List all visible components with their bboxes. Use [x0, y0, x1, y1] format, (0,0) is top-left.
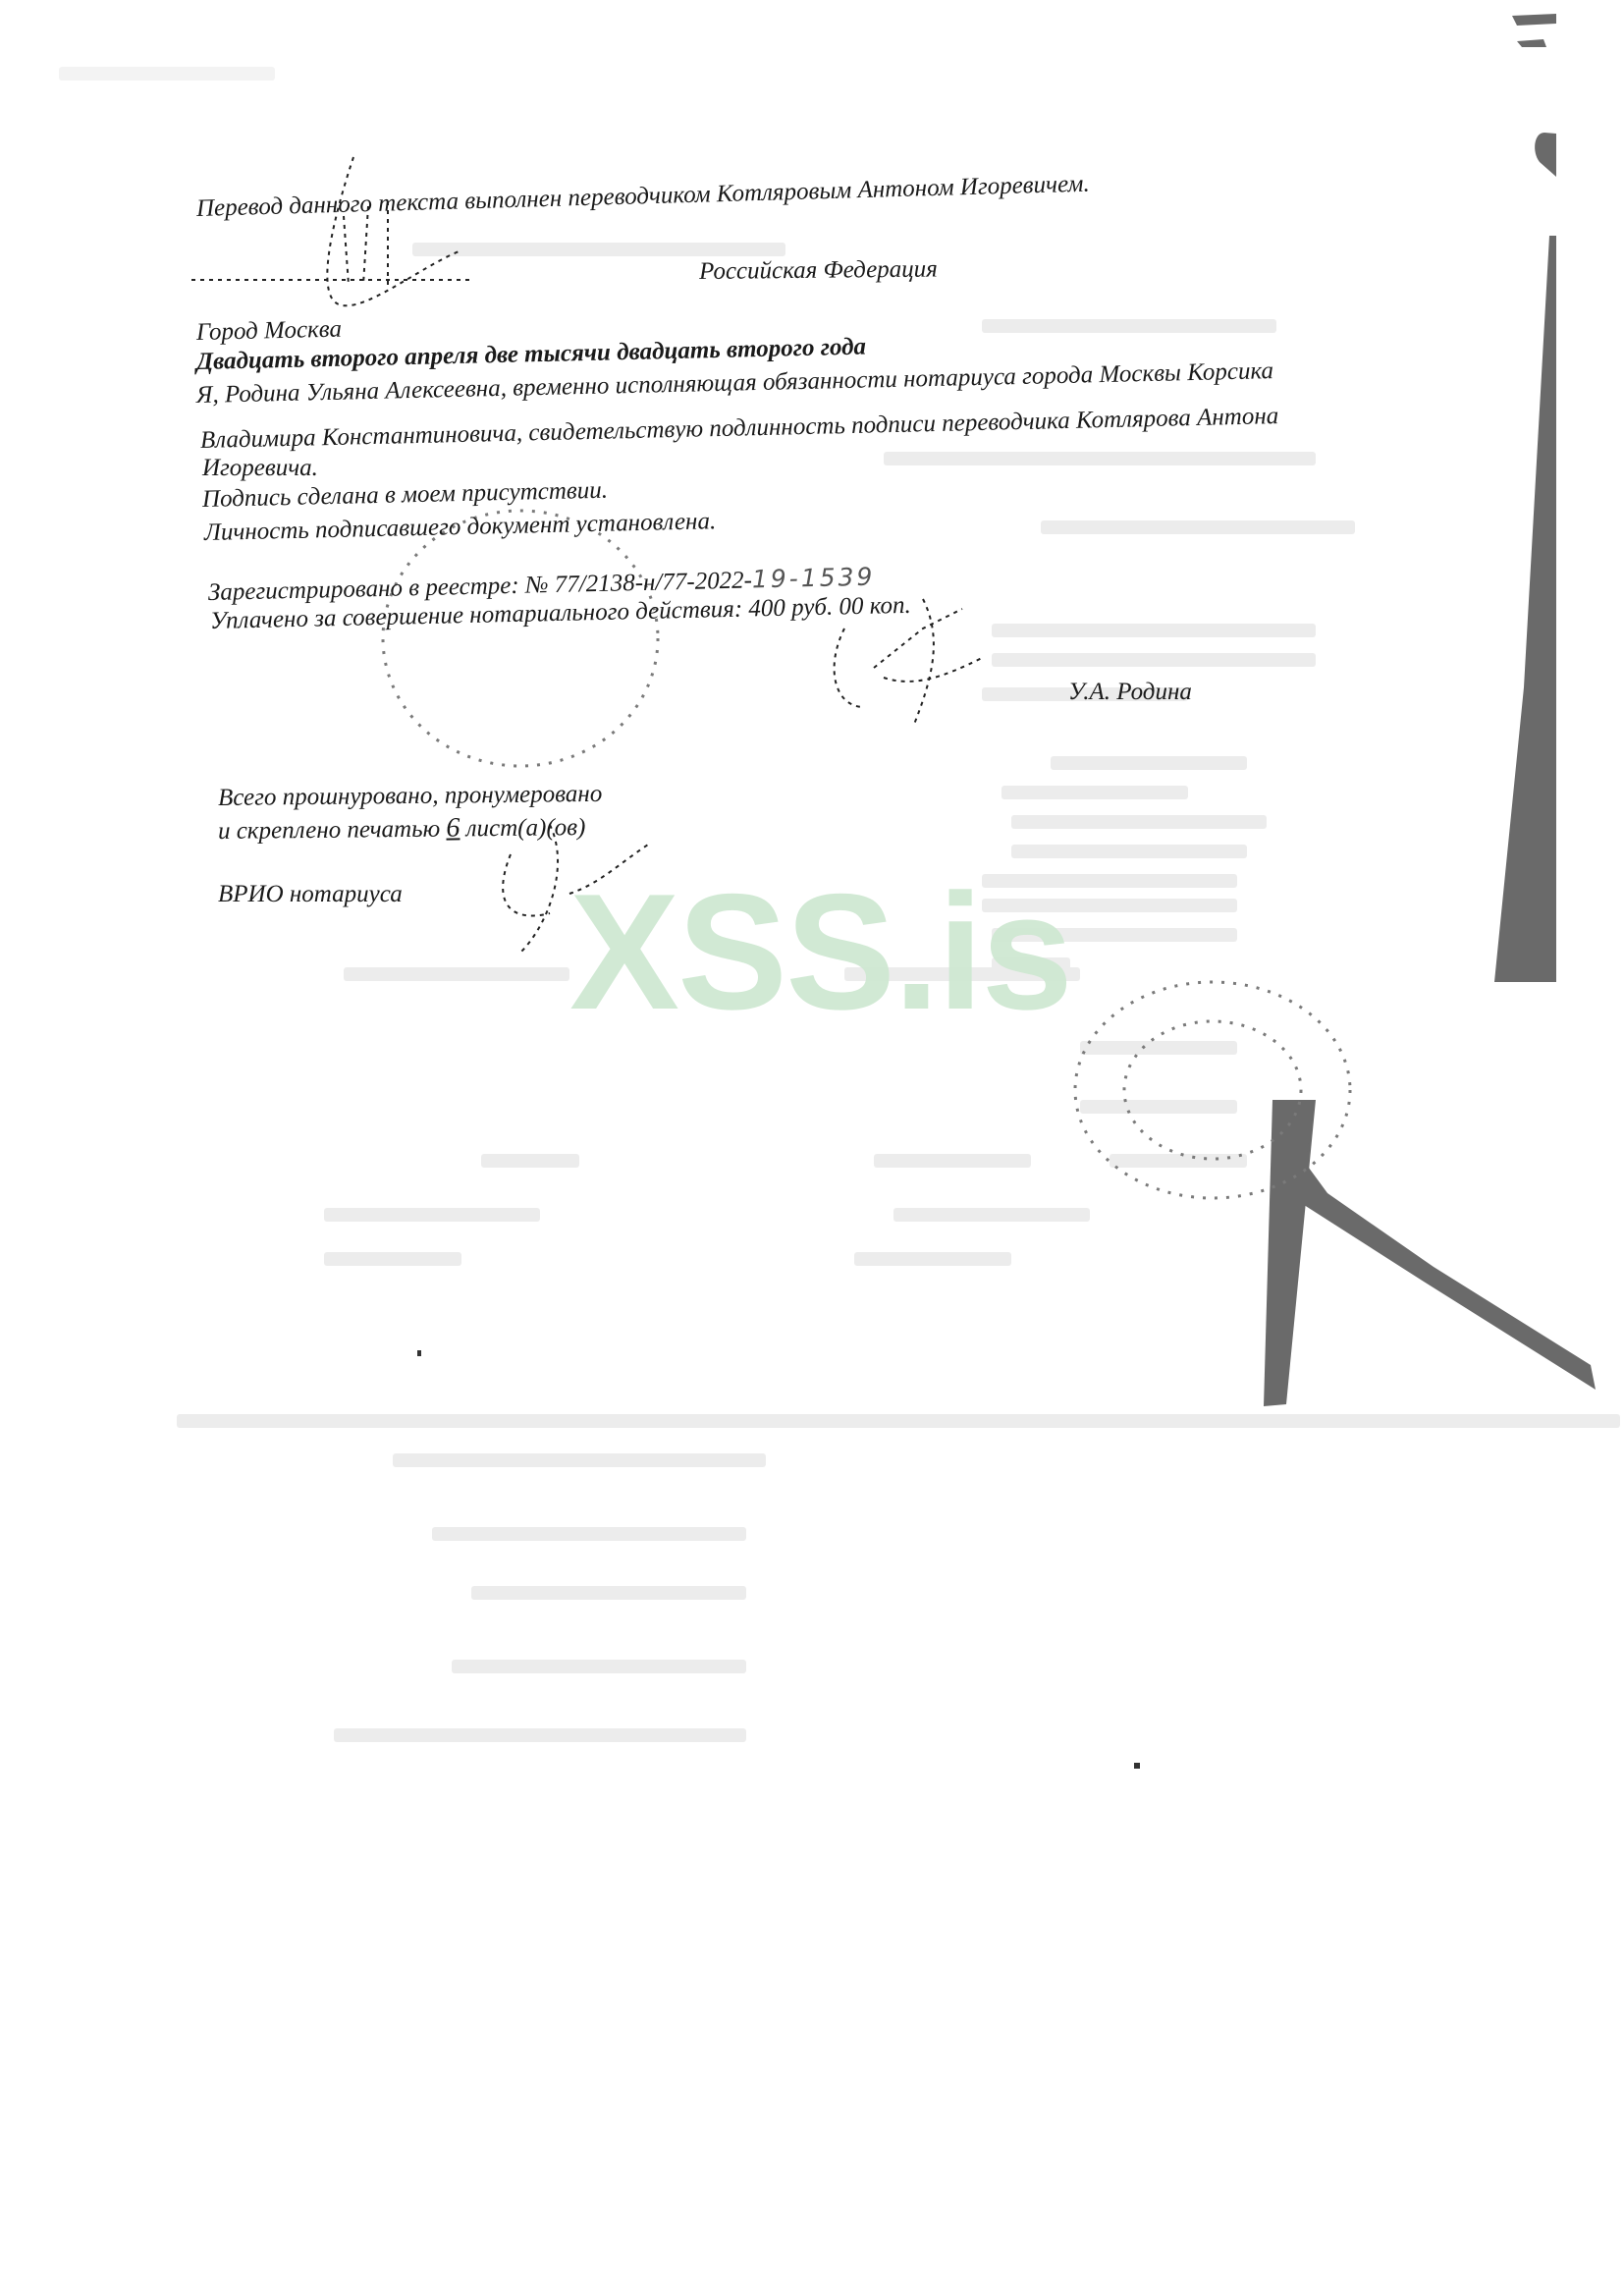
scan-speck — [1134, 1763, 1140, 1769]
acting-notary-label: ВРИО нотариуса — [218, 882, 403, 906]
notary-signature-name: У.А. Родина — [1068, 680, 1192, 704]
body-line-3: Игоревича. — [202, 456, 318, 480]
binding-suffix: лист(а)(ов) — [466, 814, 586, 842]
watermark: XSS.is — [569, 869, 1071, 1034]
binding-prefix: и скреплено печатью — [218, 816, 440, 845]
city-line: Город Москва — [196, 317, 342, 345]
binding-line-1: Всего прошнуровано, пронумеровано — [218, 782, 603, 810]
scanned-document-page: XSS.is Перевод данного текста выполнен п… — [0, 0, 1624, 2296]
binding-sheet-count: 6 — [446, 812, 460, 843]
binding-line-2: и скреплено печатью 6 лист(а)(ов) — [218, 813, 586, 845]
country-heading: Российская Федерация — [699, 256, 938, 284]
scan-speck — [417, 1350, 421, 1356]
registry-handwritten-number: 19-1539 — [752, 563, 876, 594]
